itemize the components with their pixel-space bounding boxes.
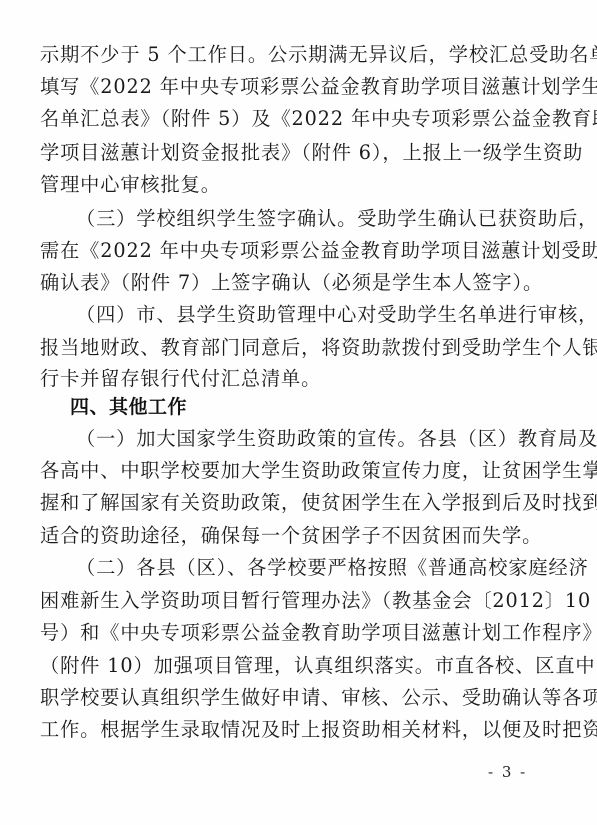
text-line-3: 名单汇总表》（附件 5）及《2022 年中央专项彩票公益金教育助 [40, 103, 550, 135]
other-work-2-line-3: 号）和《中央专项彩票公益金教育助学项目滋蕙计划工作程序》 [40, 617, 550, 649]
other-work-1-line-3: 握和了解国家有关资助政策，使贫困学生在入学报到后及时找到 [40, 487, 550, 519]
paragraph-4-line-1: （四）市、县学生资助管理中心对受助学生名单进行审核， [76, 299, 550, 331]
page-number: - 3 - [488, 760, 527, 784]
paragraph-3-line-1: （三）学校组织学生签字确认。受助学生确认已获资助后， [76, 203, 550, 235]
other-work-2-line-1: （二）各县（区）、各学校要严格按照《普通高校家庭经济 [76, 552, 550, 584]
paragraph-3-line-3: 确认表》（附件 7）上签字确认（必须是学生本人签字）。 [40, 267, 550, 299]
other-work-2-line-5: 职学校要认真组织学生做好申请、审核、公示、受助确认等各项 [40, 682, 550, 714]
text-line-1: 示期不少于 5 个工作日。公示期满无异议后，学校汇总受助名单， [40, 39, 550, 71]
other-work-2-line-2: 困难新生入学资助项目暂行管理办法》（教基金会〔2012〕10 [40, 585, 550, 617]
section-heading: 四、其他工作 [70, 392, 187, 422]
text-line-4: 学项目滋蕙计划资金报批表》（附件 6），上报上一级学生资助 [40, 137, 550, 169]
other-work-1-line-1: （一）加大国家学生资助政策的宣传。各县（区）教育局及 [76, 423, 550, 455]
other-work-1-line-4: 适合的资助途径，确保每一个贫困学子不因贫困而失学。 [40, 520, 550, 552]
paragraph-4-line-3: 行卡并留存银行代付汇总清单。 [40, 363, 550, 395]
document-page: 示期不少于 5 个工作日。公示期满无异议后，学校汇总受助名单， 填写《2022 … [0, 0, 597, 825]
paragraph-4-line-2: 报当地财政、教育部门同意后，将资助款拨付到受助学生个人银 [40, 332, 550, 364]
text-line-2: 填写《2022 年中央专项彩票公益金教育助学项目滋蕙计划学生 [40, 71, 550, 103]
other-work-2-line-4: （附件 10）加强项目管理，认真组织落实。市直各校、区直中 [40, 650, 550, 682]
text-line-5: 管理中心审核批复。 [40, 169, 550, 201]
other-work-2-line-6: 工作。根据学生录取情况及时上报资助相关材料，以便及时把资 [40, 714, 550, 746]
other-work-1-line-2: 各高中、中职学校要加大学生资助政策宣传力度，让贫困学生掌 [40, 455, 550, 487]
paragraph-3-line-2: 需在《2022 年中央专项彩票公益金教育助学项目滋蕙计划受助 [40, 235, 550, 267]
